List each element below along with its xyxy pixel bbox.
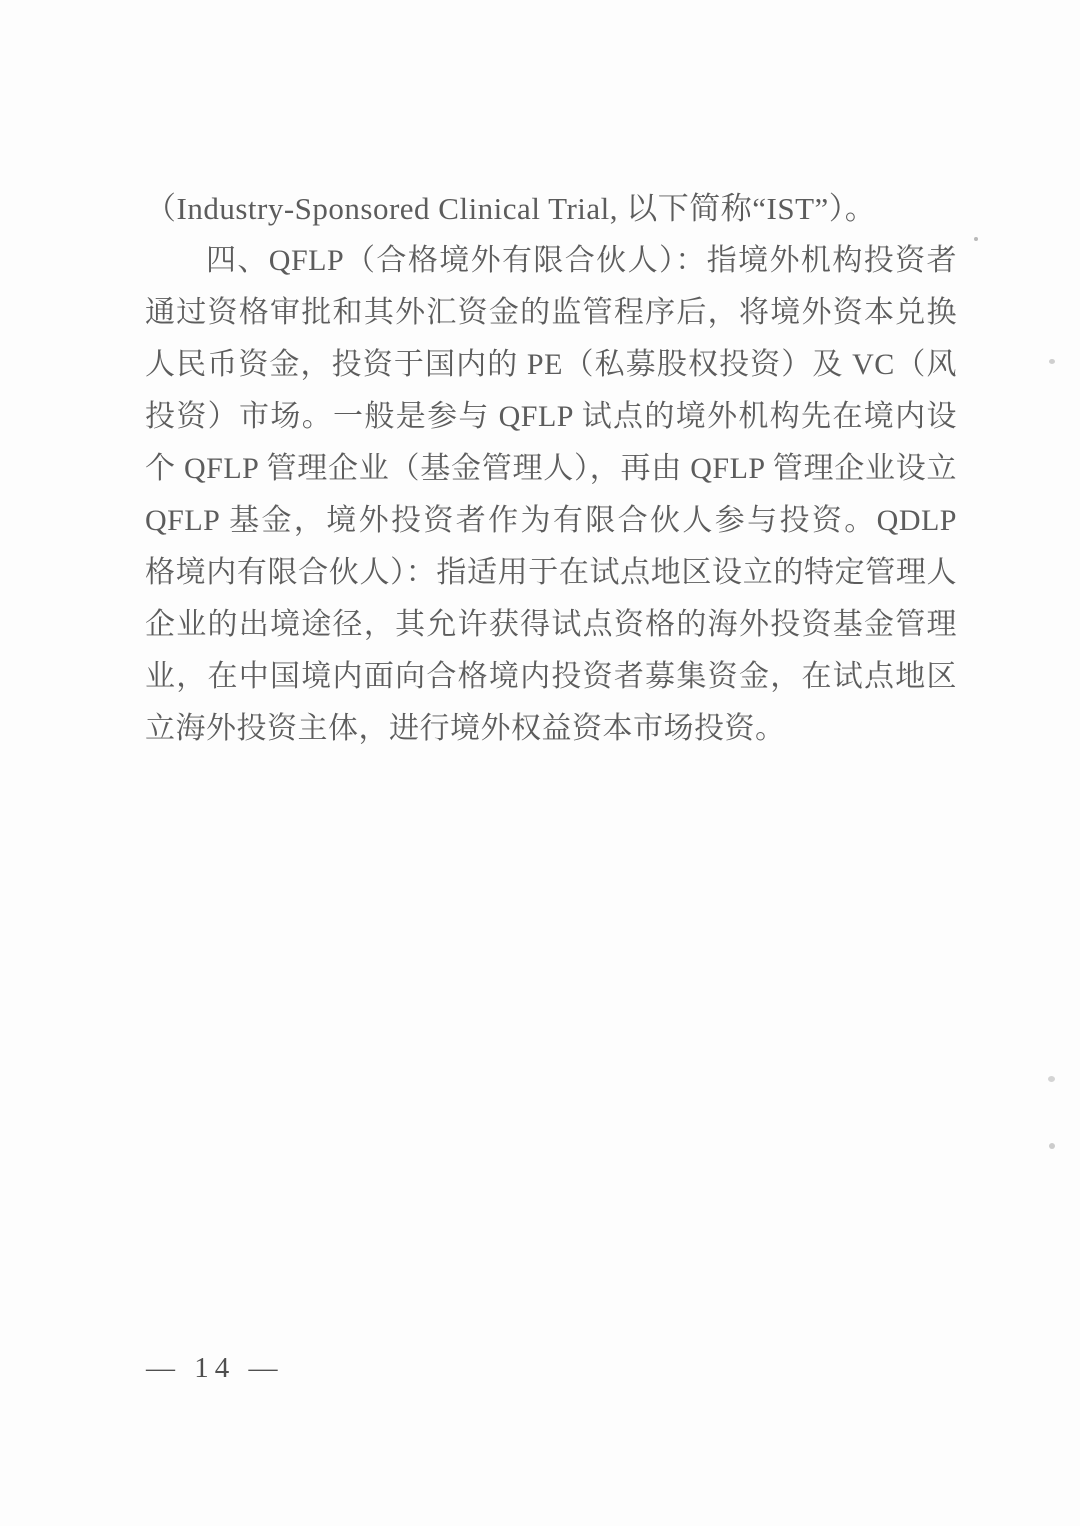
page-number: — 14 —	[146, 1352, 284, 1385]
paragraph-qflp-line: QFLP 基金，境外投资者作为有限合伙人参与投资。QDLP（合	[145, 495, 957, 547]
paragraph-qflp-line: 企业的出境途径，其允许获得试点资格的海外投资基金管理企	[145, 599, 957, 651]
paragraph-qflp-line: 个 QFLP 管理企业（基金管理人），再由 QFLP 管理企业设立	[145, 443, 957, 495]
paragraph-qflp-line: 通过资格审批和其外汇资金的监管程序后，将境外资本兑换为	[145, 287, 957, 339]
paragraph-qflp-line: 业，在中国境内面向合格境内投资者募集资金，在试点地区设	[145, 651, 957, 703]
paragraph-qflp-line: 立海外投资主体，进行境外权益资本市场投资。	[145, 703, 957, 755]
paragraph-qflp-line: 格境内有限合伙人）：指适用于在试点地区设立的特定管理人	[145, 547, 957, 599]
scan-speck	[1049, 359, 1055, 364]
document-page: （Industry-Sponsored Clinical Trial, 以下简称…	[0, 0, 1080, 1526]
scan-speck	[1048, 1076, 1055, 1082]
line-ist-abbreviation: （Industry-Sponsored Clinical Trial, 以下简称…	[145, 183, 957, 235]
body-text: （Industry-Sponsored Clinical Trial, 以下简称…	[145, 183, 957, 755]
paragraph-qflp-line: 四、QFLP（合格境外有限合伙人）：指境外机构投资者在	[145, 235, 957, 287]
paragraph-qflp-line: 人民币资金，投资于国内的 PE（私募股权投资）及 VC（风险	[145, 339, 957, 391]
paragraph-qflp-line: 投资）市场。一般是参与 QFLP 试点的境外机构先在境内设立一	[145, 391, 957, 443]
scan-speck	[1049, 1143, 1055, 1149]
scan-speck	[974, 237, 978, 241]
